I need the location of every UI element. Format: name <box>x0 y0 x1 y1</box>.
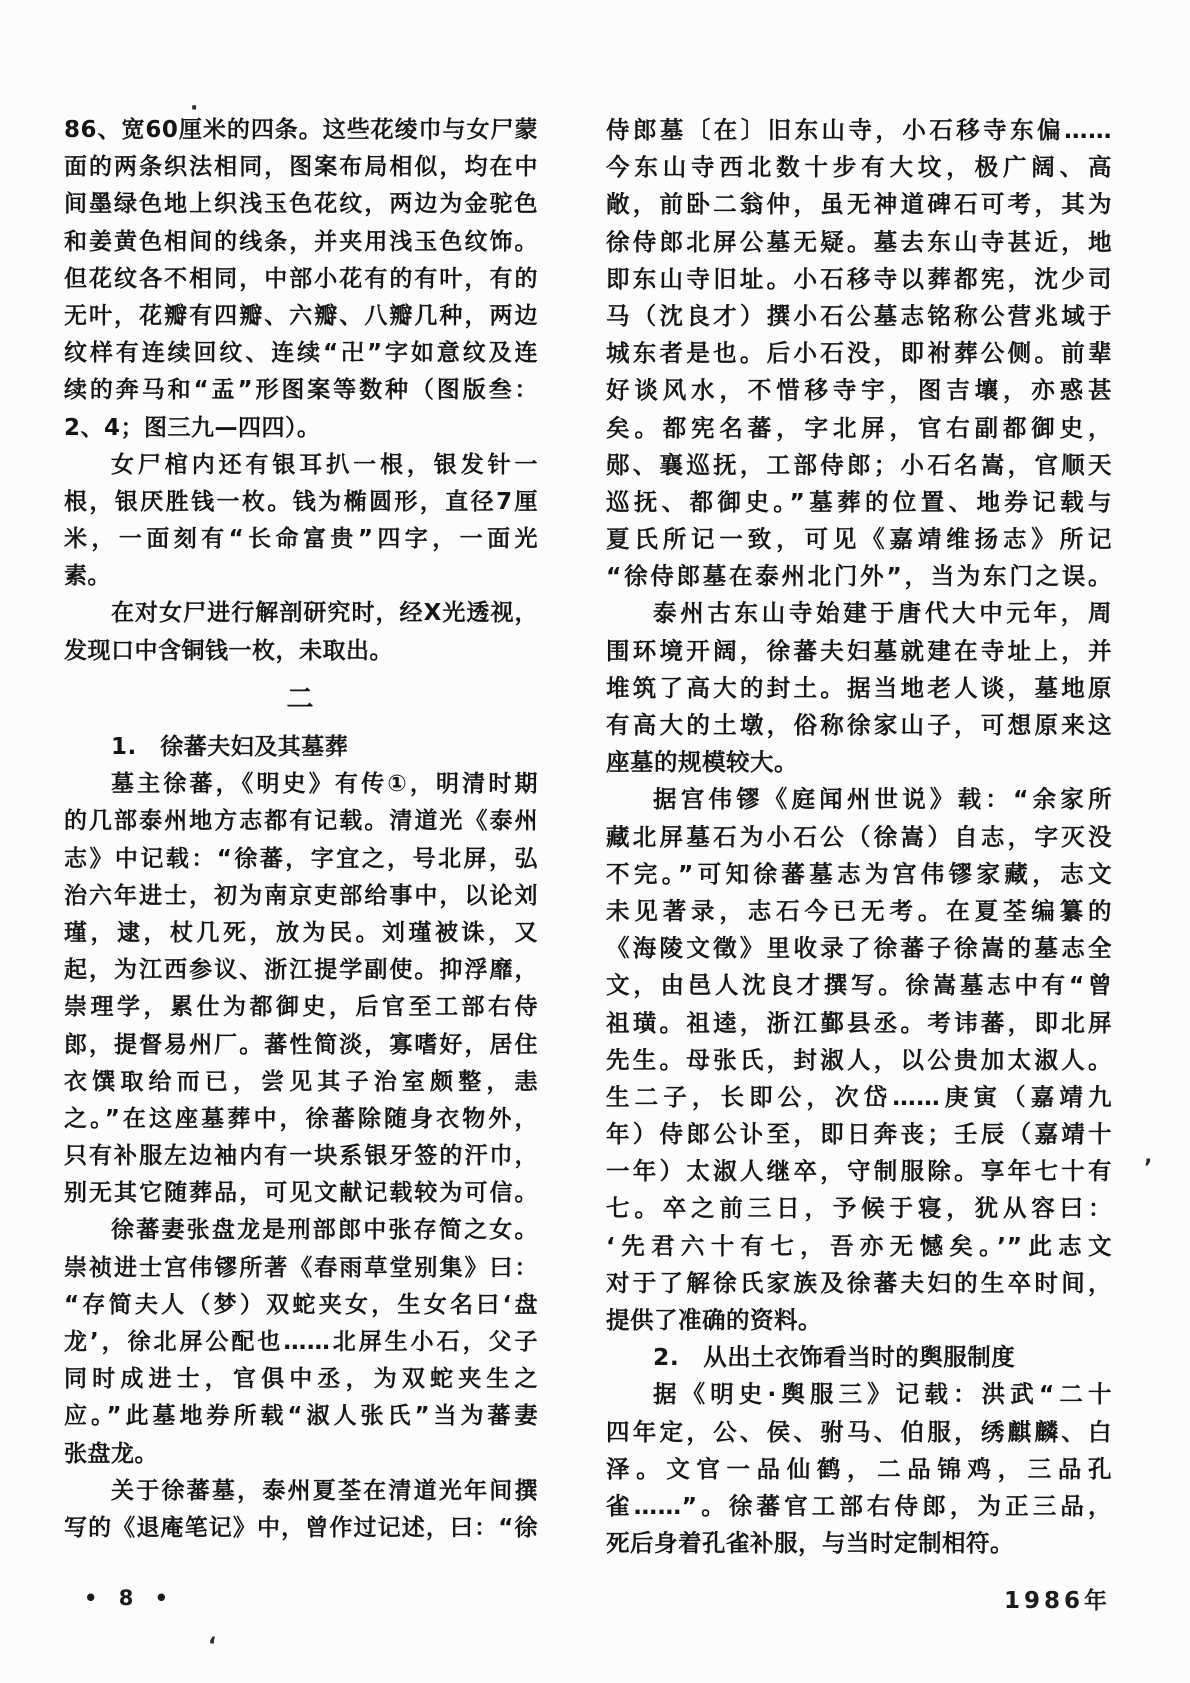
text-line: 据宫伟镠《庭闻州世说》载：“余家所 <box>606 781 1112 818</box>
text-line: 86、宽60厘米的四条。这些花绫巾与女尸蒙 <box>64 112 538 149</box>
text-line: 泽。文官一品仙鹤，二品锦鸡，三品孔 <box>606 1451 1112 1488</box>
text-line: 徐蕃妻张盘龙是刑部郎中张存简之女。 <box>64 1212 538 1249</box>
text-line: 提供了准确的资料。 <box>606 1302 1112 1339</box>
text-line: 但花纹各不相同，中部小花有的有叶，有的 <box>64 261 538 298</box>
text-line: 不完。”可知徐蕃墓志为宫伟镠家藏，志文 <box>606 856 1112 893</box>
text-line: 好谈风水，不惜移寺宇，图吉壤，亦惑甚 <box>606 372 1112 409</box>
text-line: 志》中记载：“徐蕃，字宜之，号北屏，弘 <box>64 841 538 878</box>
scan-artifact: · <box>190 98 198 120</box>
text-line: 同时成进士，官俱中丞，为双蛇夹生之 <box>64 1361 538 1398</box>
text-line: 藏北屏墓石为小石公（徐嵩）自志，字灭没 <box>606 819 1112 856</box>
text-line: 墓主徐蕃，《明史》有传①，明清时期 <box>64 766 538 803</box>
text-line: 七。卒之前三日，予候于寝，犹从容曰： <box>606 1190 1112 1227</box>
text-line: 敞，前卧二翁仲，虽无神道碑石可考，其为 <box>606 186 1112 223</box>
text-line: 城东者是也。后小石没，即祔葬公侧。前辈 <box>606 335 1112 372</box>
text-line: 年）侍郎公讣至，即日奔丧；壬辰（嘉靖十 <box>606 1116 1112 1153</box>
text-line: 间墨绿色地上织浅玉色花纹，两边为金驼色 <box>64 186 538 223</box>
text-line: 一年）太淑人继卒，守制服除。享年七十有 <box>606 1153 1112 1190</box>
text-line: 起，为江西参议、浙江提学副使。抑浮靡， <box>64 952 538 989</box>
text-line: 衣馔取给而已，尝见其子治室颇整，恚 <box>64 1064 538 1101</box>
scan-artifact: ’ <box>1144 1158 1152 1180</box>
text-line: 对于了解徐氏家族及徐蕃夫妇的生卒时间， <box>606 1265 1112 1302</box>
text-line: 今东山寺西北数十步有大坟，极广阔、高 <box>606 149 1112 186</box>
text-line: 巡抚、都御史。”墓葬的位置、地券记载与 <box>606 484 1112 521</box>
text-line: 应。”此墓地券所载“淑人张氏”当为蕃妻 <box>64 1398 538 1435</box>
right-column: 侍郎墓〔在〕旧东山寺，小石移寺东偏……今东山寺西北数十步有大坟，极广阔、高敞，前… <box>606 112 1112 1562</box>
text-line: 先生。母张氏，封淑人，以公贵加太淑人。 <box>606 1042 1112 1079</box>
text-line: 夏氏所记一致，可见《嘉靖维扬志》所记 <box>606 521 1112 558</box>
text-line: 堆筑了高大的封土。据当地老人谈，墓地原 <box>606 670 1112 707</box>
text-line: 2. 从出土衣饰看当时的舆服制度 <box>606 1339 1112 1376</box>
text-line: 纹样有连续回纹、连续“卍”字如意纹及连 <box>64 335 538 372</box>
scan-artifact: ‘ <box>208 1636 216 1658</box>
text-line: 有高大的土墩，俗称徐家山子，可想原来这 <box>606 707 1112 744</box>
text-line: 矣。都宪名蕃，字北屏，官右副都御史， <box>606 410 1112 447</box>
section-heading: 二 <box>64 681 538 718</box>
text-line: 徐侍郎北屏公墓无疑。墓去东山寺甚近，地 <box>606 224 1112 261</box>
text-line: 续的奔马和“盂”形图案等数种（图版叁： <box>64 372 538 409</box>
text-line: ‘先君六十有七，吾亦无憾矣。’”此志文 <box>606 1228 1112 1265</box>
text-line: 即东山寺旧址。小石移寺以葬都宪，沈少司 <box>606 261 1112 298</box>
footer-year: 1986年 <box>1004 1582 1111 1615</box>
text-line: 围环境开阔，徐蕃夫妇墓就建在寺址上，并 <box>606 633 1112 670</box>
text-line: 别无其它随葬品，可见文献记载较为可信。 <box>64 1175 538 1212</box>
text-line: “存简夫人（梦）双蛇夹女，生女名曰‘盘 <box>64 1287 538 1324</box>
text-line: 的几部泰州地方志都有记载。清道光《泰州 <box>64 803 538 840</box>
text-line: 素。 <box>64 558 538 595</box>
text-line: 未见著录，志石今已无考。在夏荃编纂的 <box>606 893 1112 930</box>
text-line: 座墓的规模较大。 <box>606 744 1112 781</box>
page-number: • 8 • <box>84 1586 175 1610</box>
text-line: 治六年进士，初为南京吏部给事中，以论刘 <box>64 878 538 915</box>
text-line: 生二子，长即公，次岱……庚寅（嘉靖九 <box>606 1079 1112 1116</box>
text-line: 面的两条织法相同，图案布局相似，均在中 <box>64 149 538 186</box>
text-line: 写的《退庵笔记》中，曾作过记述，曰：“徐 <box>64 1510 538 1547</box>
text-line: 雀……”。徐蕃官工部右侍郎，为正三品， <box>606 1488 1112 1525</box>
text-line: 祖璜。祖逵，浙江鄞县丞。考讳蕃，即北屏 <box>606 1005 1112 1042</box>
text-line: 在对女尸进行解剖研究时，经X光透视， <box>64 595 538 632</box>
text-line: 侍郎墓〔在〕旧东山寺，小石移寺东偏…… <box>606 112 1112 149</box>
text-line: “徐侍郎墓在泰州北门外”，当为东门之误。 <box>606 558 1112 595</box>
text-line: 关于徐蕃墓，泰州夏荃在清道光年间撰 <box>64 1473 538 1510</box>
text-line: 瑾，逮，杖几死，放为民。刘瑾被诛，又 <box>64 915 538 952</box>
text-line: 马（沈良才）撰小石公墓志铭称公营兆域于 <box>606 298 1112 335</box>
text-line: 无叶，花瓣有四瓣、六瓣、八瓣几种，两边 <box>64 298 538 335</box>
text-line: 龙’，徐北屏公配也……北屏生小石，父子 <box>64 1324 538 1361</box>
text-line: 崇祯进士宫伟镠所著《春雨草堂别集》曰： <box>64 1250 538 1287</box>
text-line: 据《明史·舆服三》记载：洪武“二十 <box>606 1376 1112 1413</box>
text-line: 四年定，公、侯、驸马、伯服，绣麒麟、白 <box>606 1414 1112 1451</box>
text-line: 1. 徐蕃夫妇及其墓葬 <box>64 729 538 766</box>
text-line: 文，由邑人沈良才撰写。徐嵩墓志中有“曾 <box>606 967 1112 1004</box>
text-line: 泰州古东山寺始建于唐代大中元年，周 <box>606 595 1112 632</box>
left-column: 86、宽60厘米的四条。这些花绫巾与女尸蒙面的两条织法相同，图案布局相似，均在中… <box>64 112 538 1547</box>
text-line: 2、4；图三九—四四）。 <box>64 410 538 447</box>
text-line: 崇理学，累仕为都御史，后官至工部右侍 <box>64 989 538 1026</box>
text-line: 和姜黄色相间的线条，并夹用浅玉色纹饰。 <box>64 224 538 261</box>
text-line: 郎，提督易州厂。蕃性简淡，寡嗜好，居住 <box>64 1027 538 1064</box>
text-line: 米，一面刻有“长命富贵”四字，一面光 <box>64 521 538 558</box>
text-line: 根，银厌胜钱一枚。钱为椭圆形，直径7厘 <box>64 484 538 521</box>
text-line: 女尸棺内还有银耳扒一根，银发针一 <box>64 447 538 484</box>
text-line: 之。”在这座墓葬中，徐蕃除随身衣物外， <box>64 1101 538 1138</box>
text-line: 《海陵文徵》里收录了徐蕃子徐嵩的墓志全 <box>606 930 1112 967</box>
text-line: 死后身着孔雀补服，与当时定制相符。 <box>606 1525 1112 1562</box>
document-page: 86、宽60厘米的四条。这些花绫巾与女尸蒙面的两条织法相同，图案布局相似，均在中… <box>0 0 1190 1683</box>
text-line: 只有补服左边袖内有一块系银牙签的汗巾， <box>64 1138 538 1175</box>
text-line: 发现口中含铜钱一枚，未取出。 <box>64 633 538 670</box>
text-line: 郧、襄巡抚，工部侍郎；小石名嵩，官顺天 <box>606 447 1112 484</box>
text-line: 张盘龙。 <box>64 1436 538 1473</box>
